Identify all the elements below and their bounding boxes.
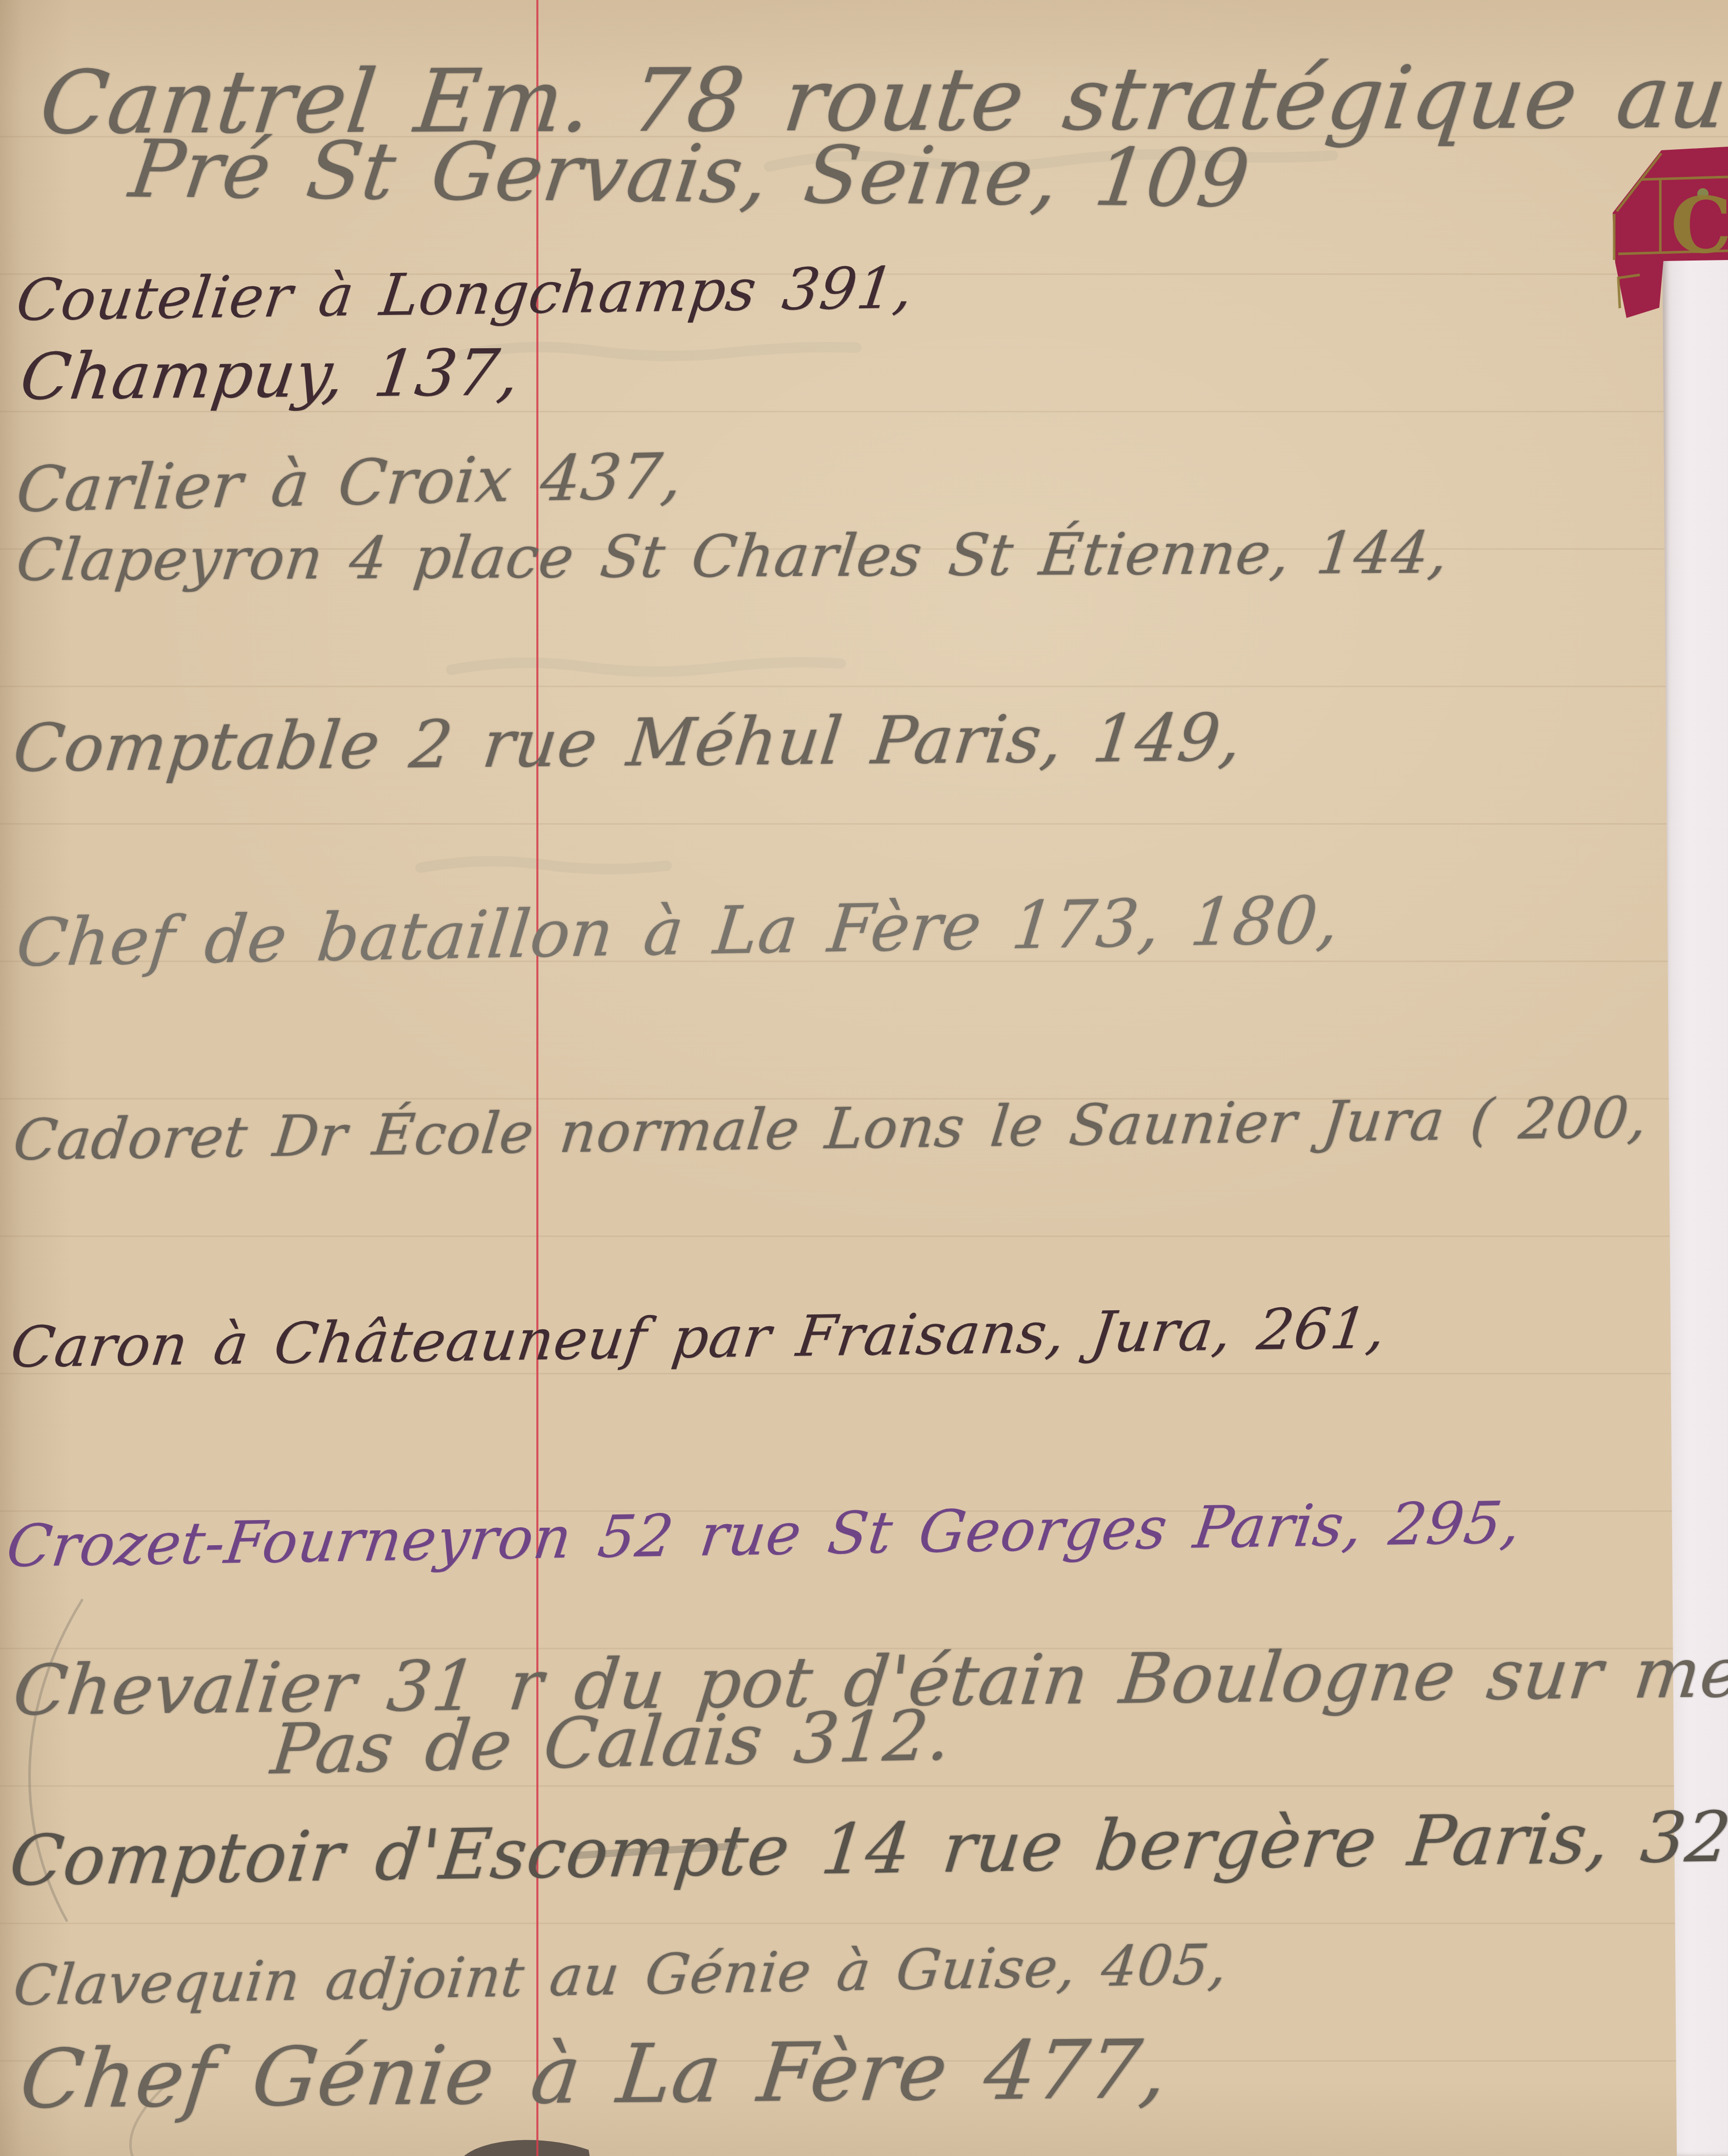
entry-3: Champuy, 137, xyxy=(16,335,524,414)
index-notebook-page: C Cantrel Em. 78 route stratégique au Pr… xyxy=(0,0,1728,2156)
entry-2: Coutelier à Longchamps 391, xyxy=(13,254,917,334)
entry-15: Chef Génie à La Fère 477, xyxy=(16,2022,1173,2127)
entry-6: Comptable 2 rue Méhul Paris, 149, xyxy=(10,700,1246,787)
entry-12: Pas de Calais 312. xyxy=(268,1695,955,1790)
entry-5: Clapeyron 4 place St Charles St Étienne,… xyxy=(13,518,1452,594)
entry-1: Pré St Gervais, Seine, 109 xyxy=(125,123,1255,225)
entry-4: Carlier à Croix 437, xyxy=(13,440,686,527)
